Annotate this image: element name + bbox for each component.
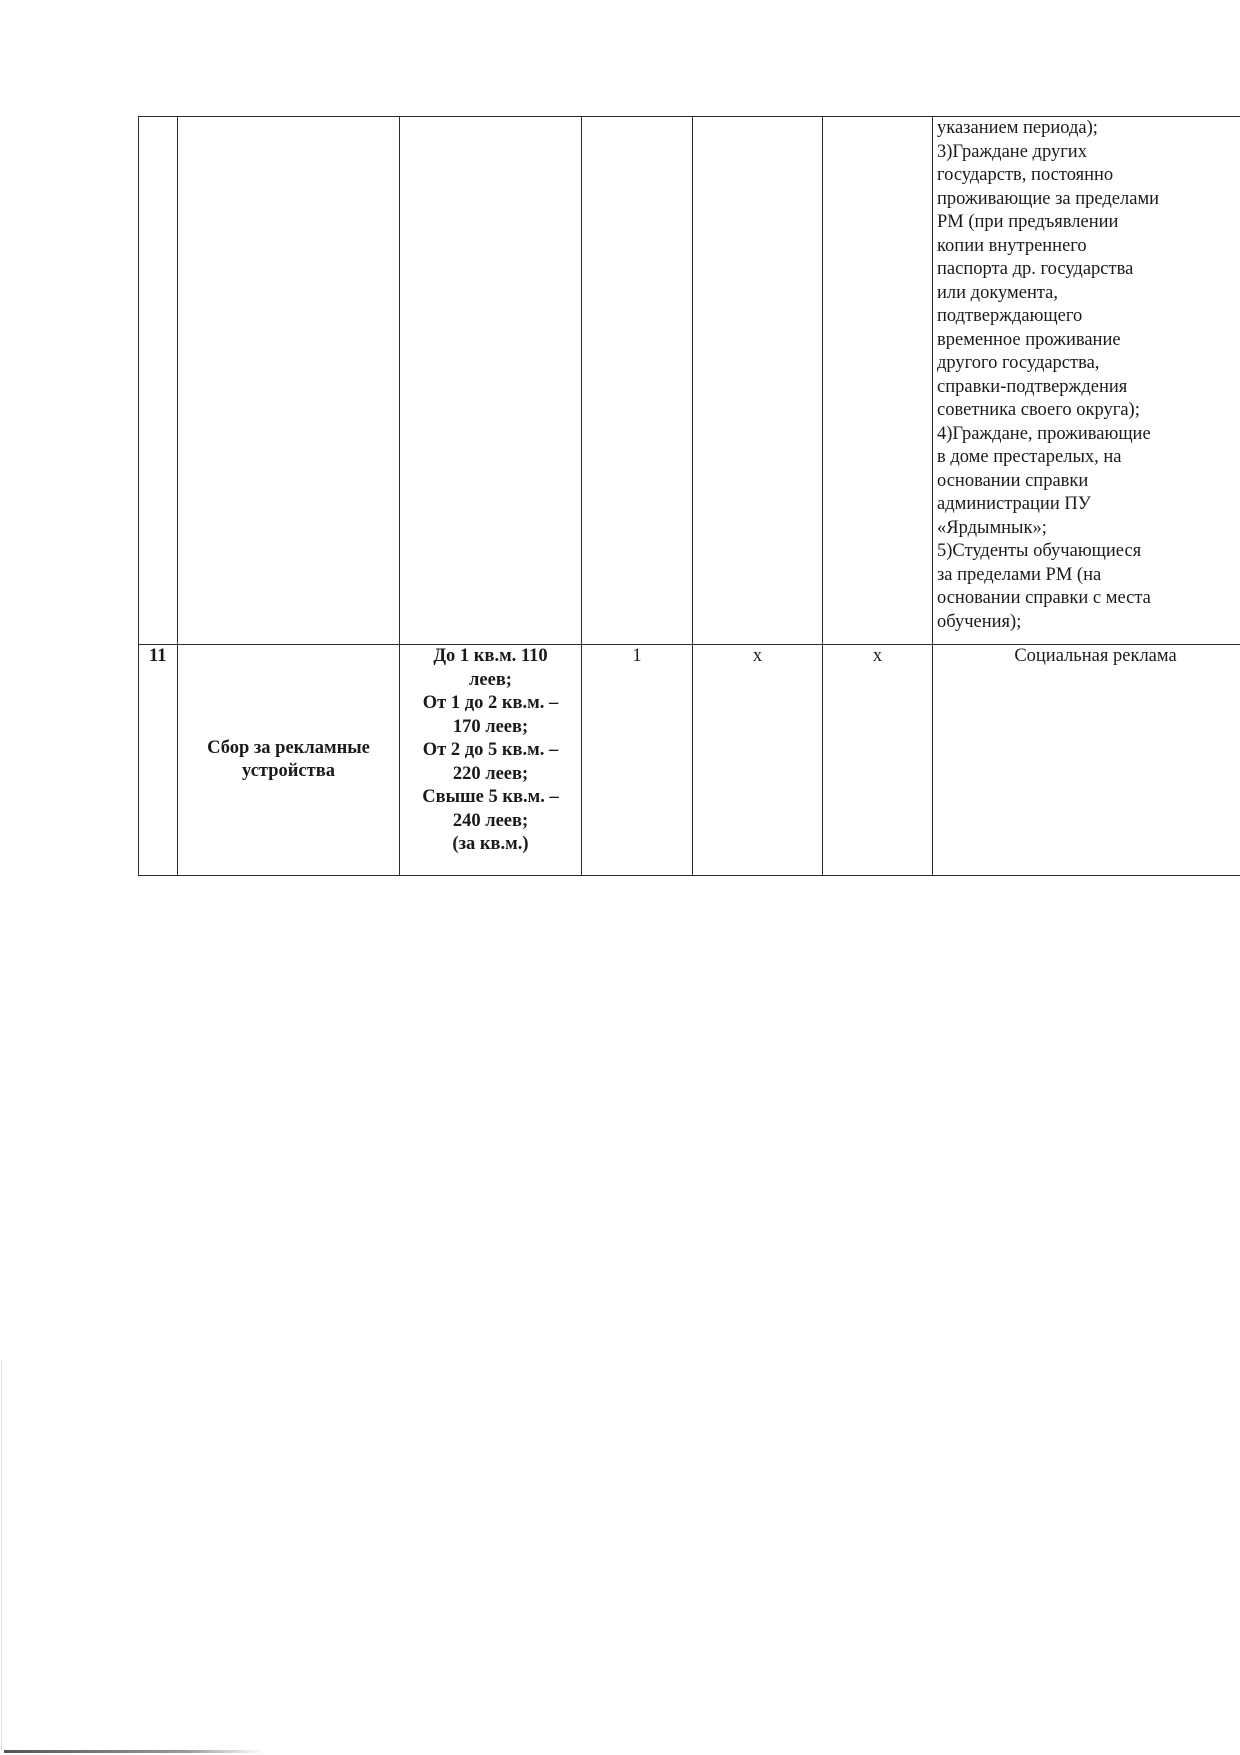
- text-line: администрации ПУ: [937, 493, 1240, 517]
- text-line: в доме престарелых, на: [937, 446, 1240, 470]
- text-line: другого государства,: [937, 352, 1240, 376]
- column-5-cell: x: [693, 645, 823, 876]
- text-line: До 1 кв.м. 110: [404, 645, 577, 669]
- text-line: указанием периода);: [937, 117, 1240, 141]
- text-line: проживающие за пределами: [937, 188, 1240, 212]
- text-line: основании справки: [937, 470, 1240, 494]
- tariff-cell: До 1 кв.м. 110леев;От 1 до 2 кв.м. –170 …: [400, 645, 582, 876]
- column-6-cell: x: [823, 645, 933, 876]
- text-line: за пределами РМ (на: [937, 564, 1240, 588]
- text-line: паспорта др. государства: [937, 258, 1240, 282]
- table-row: указанием периода);3)Граждане другихгосу…: [139, 117, 1240, 645]
- text-line: 170 леев;: [404, 716, 577, 740]
- text-line: «Ярдымнык»;: [937, 517, 1240, 541]
- text-line: справки-подтверждения: [937, 376, 1240, 400]
- exemptions-cell: указанием периода);3)Граждане другихгосу…: [933, 117, 1240, 645]
- text-line: РМ (при предъявлении: [937, 211, 1240, 235]
- row-number-cell: [139, 117, 178, 645]
- column-4-cell: [582, 117, 693, 645]
- scan-edge-shadow: [1, 1360, 2, 1750]
- text-line: копии внутреннего: [937, 235, 1240, 259]
- fee-name-text: Сбор за рекламныеустройства: [182, 737, 395, 784]
- text-line: Социальная реклама: [937, 645, 1240, 669]
- column-4-cell: 1: [582, 645, 693, 876]
- text-line: 5)Студенты обучающиеся: [937, 540, 1240, 564]
- text-line: 4)Граждане, проживающие: [937, 423, 1240, 447]
- text-line: обучения);: [937, 611, 1240, 635]
- text-line: основании справки с места: [937, 587, 1240, 611]
- text-line: (за кв.м.): [404, 833, 577, 857]
- column-5-cell: [693, 117, 823, 645]
- tariff-text: До 1 кв.м. 110леев;От 1 до 2 кв.м. –170 …: [404, 645, 577, 857]
- text-line: 240 леев;: [404, 810, 577, 834]
- text-line: Сбор за рекламные: [182, 737, 395, 761]
- exemptions-text: указанием периода);3)Граждане другихгосу…: [937, 117, 1240, 634]
- text-line: леев;: [404, 669, 577, 693]
- text-line: От 2 до 5 кв.м. –: [404, 739, 577, 763]
- row-number-cell: 11: [139, 645, 178, 876]
- column-6-cell: [823, 117, 933, 645]
- text-line: или документа,: [937, 282, 1240, 306]
- text-line: 220 леев;: [404, 763, 577, 787]
- text-line: временное проживание: [937, 329, 1240, 353]
- fees-table: указанием периода);3)Граждане другихгосу…: [138, 116, 1240, 876]
- tariff-cell: [400, 117, 582, 645]
- text-line: государств, постоянно: [937, 164, 1240, 188]
- exemptions-cell: Социальная реклама: [933, 645, 1240, 876]
- text-line: советника своего округа);: [937, 399, 1240, 423]
- fee-name-cell: [178, 117, 400, 645]
- text-line: устройства: [182, 760, 395, 784]
- text-line: подтверждающего: [937, 305, 1240, 329]
- text-line: 3)Граждане других: [937, 141, 1240, 165]
- scanned-page: указанием периода);3)Граждане другихгосу…: [0, 0, 1240, 1755]
- scan-edge-shadow: [4, 1750, 264, 1753]
- exemptions-text: Социальная реклама: [937, 645, 1240, 669]
- text-line: От 1 до 2 кв.м. –: [404, 692, 577, 716]
- table-row: 11 Сбор за рекламныеустройства До 1 кв.м…: [139, 645, 1240, 876]
- fee-name-cell: Сбор за рекламныеустройства: [178, 645, 400, 876]
- text-line: Свыше 5 кв.м. –: [404, 786, 577, 810]
